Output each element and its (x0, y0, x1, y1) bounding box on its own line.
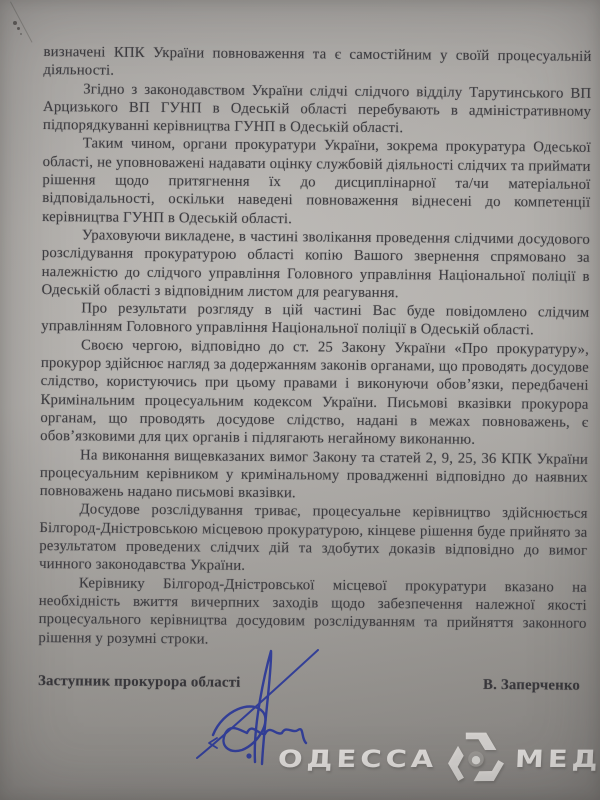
watermark: ОДЕССА МЕДИА (278, 724, 600, 794)
letter-body: визначені КПК України повноваження та є … (38, 43, 592, 695)
watermark-text-left: ОДЕССА (277, 745, 437, 773)
paragraph: Своєю чергою, відповідно до ст. 25 Закон… (40, 336, 589, 451)
watermark-text-right: МЕДИА (515, 745, 600, 773)
paragraph: Ураховуючи викладене, в частині зволікан… (41, 226, 590, 304)
signature-block: Заступник прокурора області В. Заперченк… (38, 672, 586, 695)
document-photo: визначені КПК України повноваження та є … (0, 0, 600, 800)
staple-mark (13, 21, 17, 25)
paragraph: Про результати розгляду в цій частині Ва… (41, 299, 589, 340)
staple-mark (17, 27, 20, 30)
paragraph: Згідно з законодавством України слідчі с… (43, 80, 591, 140)
signatory-title: Заступник прокурора області (38, 672, 241, 692)
staple-mark (20, 33, 22, 35)
odessa-media-logo-icon (446, 729, 506, 789)
paragraph: визначені КПК України повноваження та є … (43, 43, 591, 84)
paragraph: Керівнику Білгород-Дністровської місцево… (38, 574, 587, 652)
paragraph: На виконання вищевказаних вимог Закону т… (40, 446, 588, 506)
signatory-name: В. Заперченко (483, 676, 580, 695)
paragraph: Таким чином, органи прокуратури України,… (42, 135, 591, 231)
paragraph: Досудове розслідування триває, процесуал… (39, 500, 588, 578)
signature-ink-dot (246, 753, 251, 758)
